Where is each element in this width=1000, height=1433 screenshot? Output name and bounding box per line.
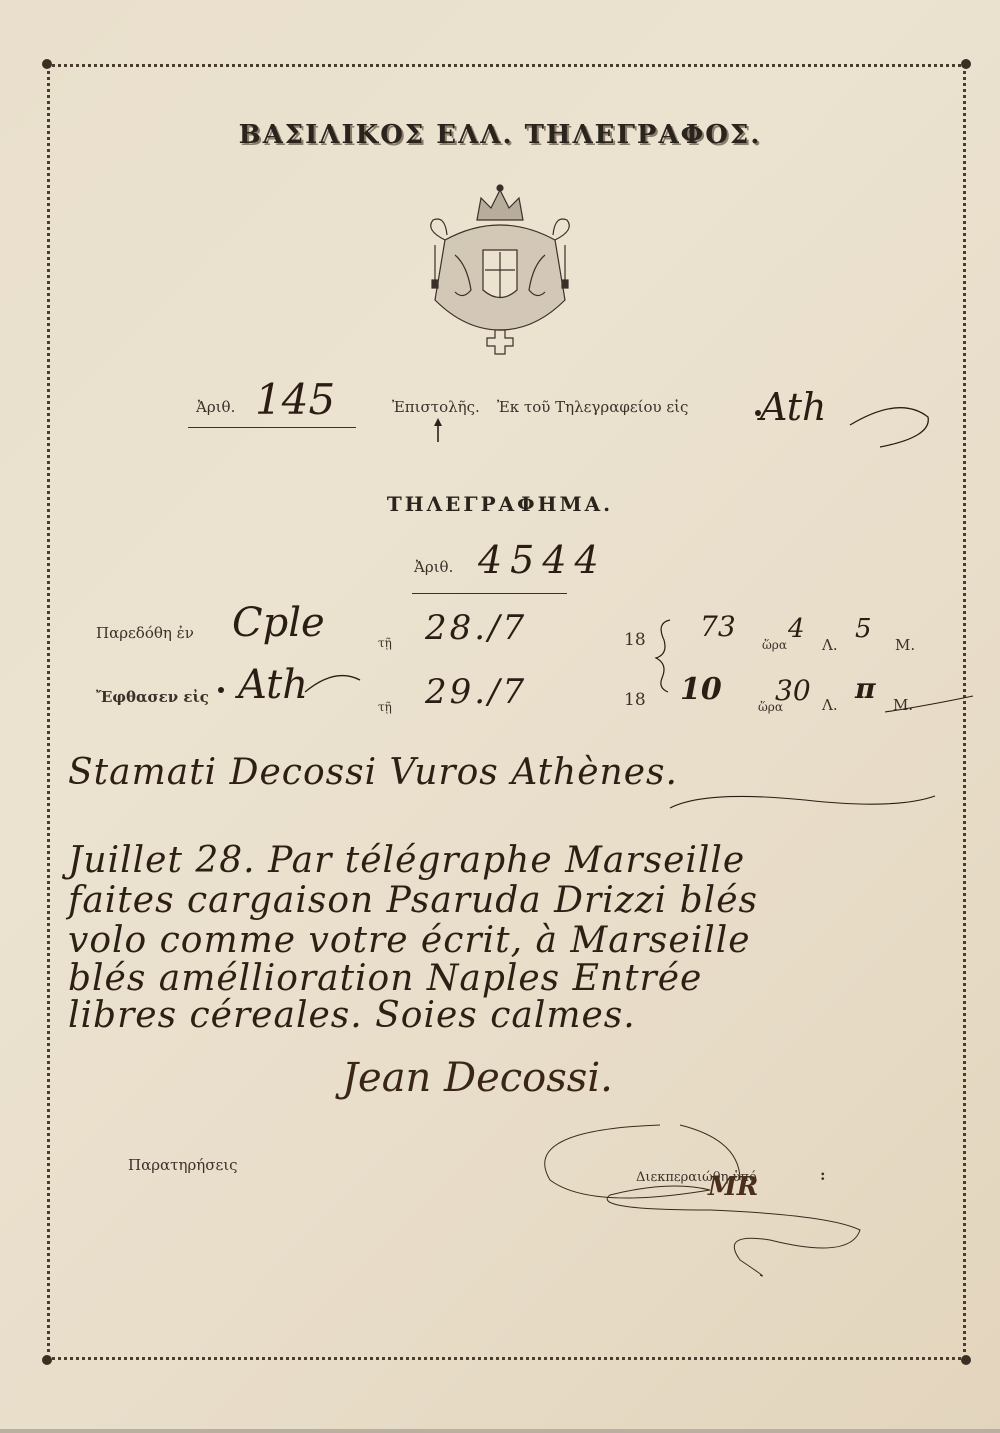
remarks-label: Παρατηρήσεις	[128, 1156, 238, 1174]
dispatch-number-value: 145	[255, 375, 335, 424]
arrived-label: Ἔφθασεν εἰς	[96, 688, 209, 706]
corner-ornament	[42, 1355, 52, 1365]
arrived-year-value: 10	[680, 672, 722, 707]
message-line: libres céreales. Soies calmes.	[68, 995, 636, 1036]
handed-in-date: 28./7	[425, 608, 527, 648]
sender-signature: Jean Decossi.	[342, 1055, 613, 1101]
paper-edge	[0, 1429, 1000, 1433]
arrived-day-label: τῇ	[378, 700, 392, 714]
dispatch-type-label: Ἐπιστολῆς.	[392, 398, 480, 416]
handed-in-place: Cple	[232, 600, 325, 646]
brace-mark	[652, 618, 682, 693]
corner-ornament	[961, 1355, 971, 1365]
arrived-minute-label: Λ.	[822, 696, 838, 714]
handed-in-year-prefix: 18	[624, 630, 646, 650]
flourish	[750, 395, 940, 455]
arrived-date: 29./7	[425, 672, 527, 712]
royal-coat-of-arms-icon	[415, 180, 585, 355]
dispatch-number-label: Ἀριθ.	[196, 398, 235, 416]
dispatch-number-underline	[188, 427, 356, 428]
message-line: blés améllioration Naples Entrée	[68, 958, 702, 999]
flourish	[215, 662, 365, 707]
telegram-number-value: 4544	[478, 538, 607, 582]
arrived-hour-value: 30	[775, 674, 811, 707]
operator-signature-flourish	[510, 1120, 870, 1280]
handed-in-label: Παρεδόθη ἐν	[96, 624, 194, 642]
corner-ornament	[961, 59, 971, 69]
message-address: Stamati Decossi Vuros Athènes.	[68, 752, 678, 793]
handed-in-meridiem-label: Μ.	[895, 636, 915, 654]
message-line: faites cargaison Psaruda Drizzi blés	[68, 880, 758, 921]
handed-in-minute-label: Λ.	[822, 636, 838, 654]
telegram-title: ΤΗΛΕΓΡΑΦΗΜΑ.	[0, 492, 1000, 516]
handed-in-minute-value: 5	[855, 614, 872, 644]
handed-in-hour-value: 4	[788, 614, 805, 644]
corner-ornament	[42, 59, 52, 69]
arrived-year-prefix: 18	[624, 690, 646, 710]
header-title: ΒΑΣΙΛΙΚΟΣ ΕΛΛ. ΤΗΛΕΓΡΑΦΟΣ.	[0, 120, 1000, 150]
handed-in-day-label: τῇ	[378, 636, 392, 650]
arrived-minute-value: π	[855, 672, 876, 705]
message-line: volo comme votre écrit, à Marseille	[68, 920, 751, 961]
arrow-up-icon	[434, 418, 442, 442]
message-line: Juillet 28. Par télégraphe Marseille	[68, 840, 745, 881]
address-underline-flourish	[665, 788, 940, 818]
telegram-number-underline	[412, 593, 567, 594]
handed-in-year-value: 73	[700, 610, 736, 643]
flourish	[885, 690, 975, 720]
dispatch-office-label: Ἐκ τοῦ Τηλεγραφείου εἰς	[497, 398, 688, 416]
handed-in-hour-label: ὥρα	[762, 638, 787, 652]
telegram-number-label: Ἀριθ.	[414, 558, 453, 576]
